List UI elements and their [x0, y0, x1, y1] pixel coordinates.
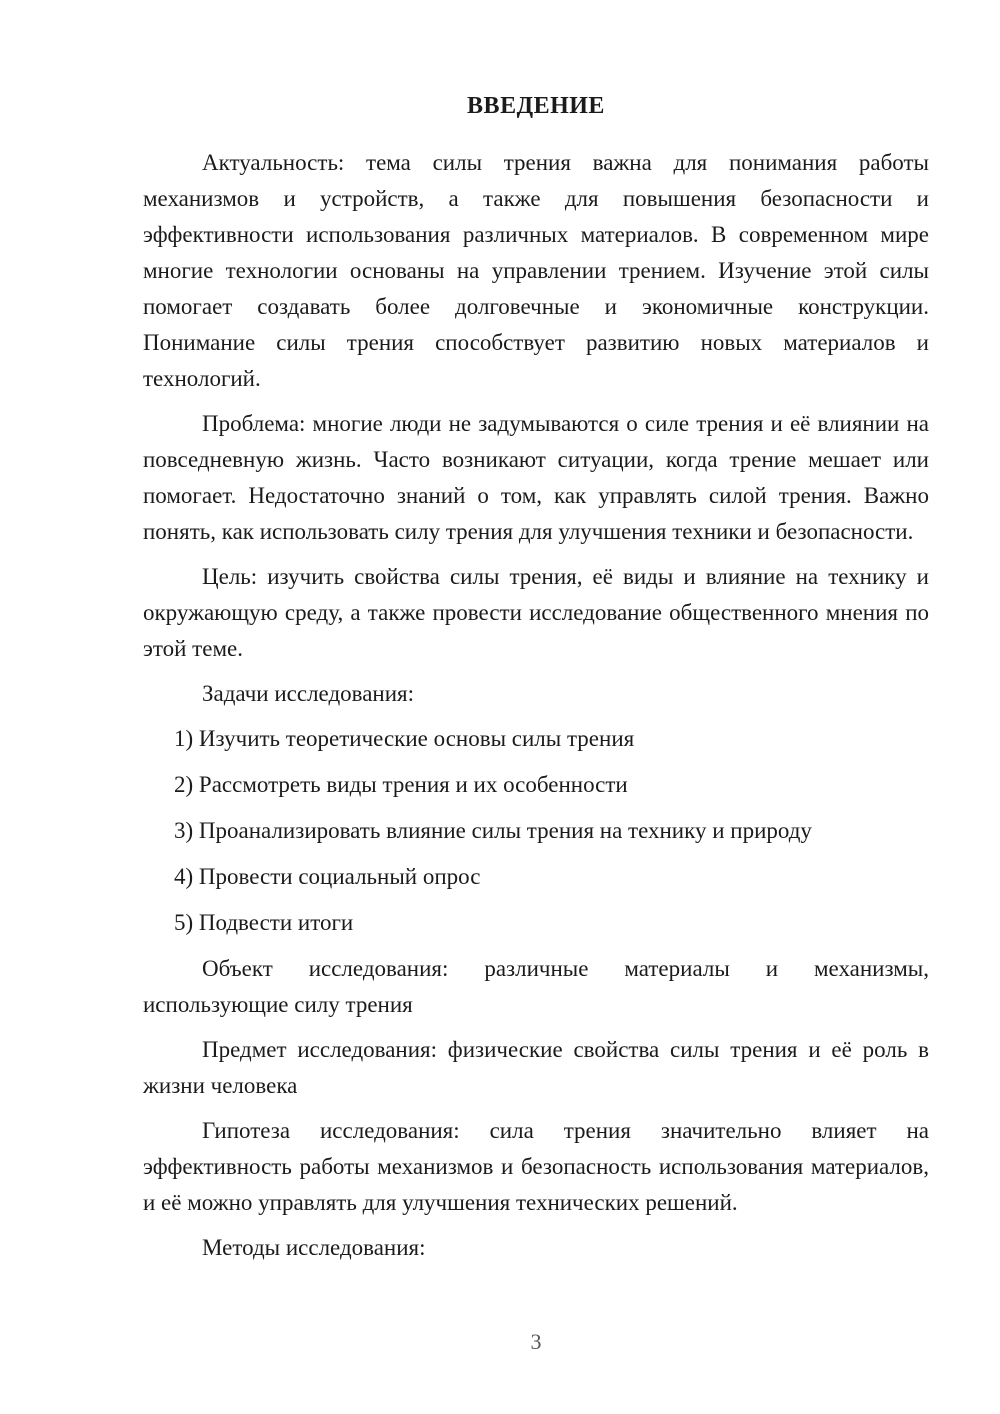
task-item: 4) Провести социальный опрос	[174, 859, 929, 895]
paragraph-object: Объект исследования: различные материалы…	[143, 951, 929, 1023]
page-title: ВВЕДЕНИЕ	[143, 88, 929, 124]
paragraph-relevance: Актуальность: тема силы трения важна для…	[143, 145, 929, 397]
paragraph-hypothesis: Гипотеза исследования: сила трения значи…	[143, 1113, 929, 1221]
methods-heading: Методы исследования:	[143, 1230, 929, 1266]
paragraph-goal: Цель: изучить свойства силы трения, её в…	[143, 559, 929, 667]
paragraph-problem: Проблема: многие люди не задумываются о …	[143, 406, 929, 550]
tasks-heading: Задачи исследования:	[143, 676, 929, 712]
paragraph-subject: Предмет исследования: физические свойств…	[143, 1032, 929, 1104]
task-item: 3) Проанализировать влияние силы трения …	[174, 813, 929, 849]
task-item: 1) Изучить теоретические основы силы тре…	[174, 721, 929, 757]
page-number: 3	[143, 1329, 929, 1355]
task-item: 2) Рассмотреть виды трения и их особенно…	[174, 767, 929, 803]
task-item: 5) Подвести итоги	[174, 905, 929, 941]
document-page: ВВЕДЕНИЕ Актуальность: тема силы трения …	[0, 0, 1000, 1414]
